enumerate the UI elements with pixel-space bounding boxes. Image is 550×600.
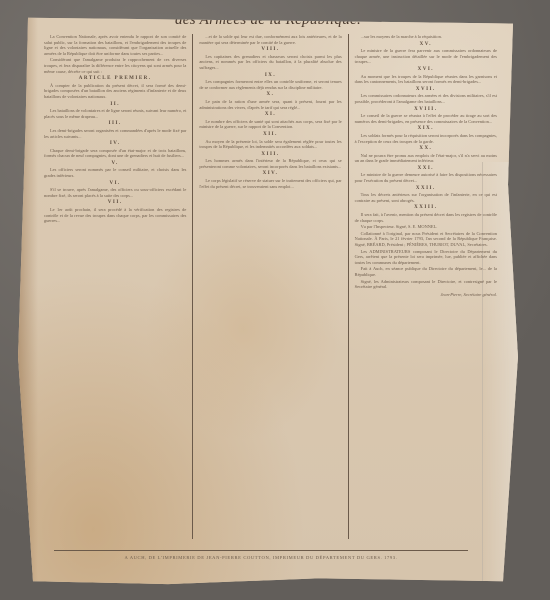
article-text: Nul ne pourra être promu aux emplois de … bbox=[355, 153, 497, 164]
article-heading: III. bbox=[44, 121, 186, 127]
article-heading: VIII. bbox=[199, 47, 341, 53]
article-text: Le nombre des officiers de santé qui son… bbox=[199, 119, 341, 130]
article-text: Les officiers seront nommés par le conse… bbox=[44, 167, 186, 178]
paper-stain-left bbox=[18, 12, 38, 587]
article-heading: XI. bbox=[199, 112, 341, 118]
article-text: Au moyen de la présente loi, la solde se… bbox=[199, 139, 341, 150]
column-left: La Convention Nationale, après avoir ent… bbox=[38, 34, 192, 539]
article-text: Tous les décrets antérieurs sur l'organi… bbox=[355, 192, 497, 203]
article-text: Les capitaines des grenadiers et chasseu… bbox=[199, 54, 341, 71]
article-heading: XXIII. bbox=[355, 205, 497, 211]
article-text: Considérant que l'amalgame produira le r… bbox=[44, 57, 186, 74]
article-text: Signé, les Administrateurs composant le … bbox=[355, 279, 497, 290]
article-heading: XV. bbox=[355, 42, 497, 48]
article-text: Les ADMINISTRATEURS composant le Directo… bbox=[355, 249, 497, 266]
article-text: Les hommes armés dans l'intérieur de la … bbox=[199, 158, 341, 169]
article-text: Le ministre de la guerre demeure autoris… bbox=[355, 172, 497, 183]
article-text: S'il se trouve, après l'amalgame, des of… bbox=[44, 187, 186, 198]
article-heading: II. bbox=[44, 102, 186, 108]
article-text: Vu par l'Inspecteur. Signé, S. E. MONNEL… bbox=[355, 224, 497, 230]
article-heading: XVIII. bbox=[355, 107, 497, 113]
article-heading: XIX. bbox=[355, 126, 497, 132]
article-heading: XXII. bbox=[355, 186, 497, 192]
article-heading: XVI. bbox=[355, 67, 497, 73]
article-text: Les bataillons de volontaires et de lign… bbox=[44, 108, 186, 119]
article-heading: XII. bbox=[199, 132, 341, 138]
article-text: Les demi-brigades seront organisées et c… bbox=[44, 128, 186, 139]
article-heading: XIV. bbox=[199, 171, 341, 177]
footer-divider bbox=[54, 550, 468, 551]
article-heading: X. bbox=[199, 92, 341, 98]
signature: Jean-Pierre, Secrétaire général. bbox=[355, 292, 497, 298]
document-page: des Armées de la République. La Conventi… bbox=[18, 12, 518, 587]
text-columns: La Convention Nationale, après avoir ent… bbox=[38, 34, 503, 539]
article-text: ...sur les moyens de la marche à la réqu… bbox=[355, 34, 497, 40]
article-heading: VI. bbox=[44, 181, 186, 187]
article-heading: VII. bbox=[44, 200, 186, 206]
article-heading: XVII. bbox=[355, 87, 497, 93]
article-text: Le corps législatif se réserve de statue… bbox=[199, 178, 341, 189]
article-heading: XX. bbox=[355, 146, 497, 152]
article-text: ...et de la solde qui leur est due, conf… bbox=[199, 34, 341, 45]
article-heading: IV. bbox=[44, 141, 186, 147]
article-heading: V. bbox=[44, 161, 186, 167]
article-text: Le 1er août prochain, il sera procédé à … bbox=[44, 207, 186, 224]
article-text: Au moment que les troupes de la Républiq… bbox=[355, 74, 497, 85]
article-text: Les commissaires ordonnateurs des armées… bbox=[355, 93, 497, 104]
article-heading: XIII. bbox=[199, 152, 341, 158]
article-text: À compter de la publication du présent d… bbox=[44, 83, 186, 100]
article-text: Il sera fait, à l'avenir, mention du pré… bbox=[355, 212, 497, 223]
article-text: Le pain de la ration d'une armée sera, q… bbox=[199, 99, 341, 110]
article-heading: ARTICLE PREMIER. bbox=[44, 76, 186, 82]
column-right: ...sur les moyens de la marche à la réqu… bbox=[348, 34, 503, 539]
article-text: La Convention Nationale, après avoir ent… bbox=[44, 34, 186, 56]
article-text: Fait à Auch, en séance publique du Direc… bbox=[355, 266, 497, 277]
article-text: Collationné à l'original, par nous Prési… bbox=[355, 231, 497, 248]
masthead-title: des Armées de la République. bbox=[18, 12, 518, 29]
article-text: Le ministre de la guerre fera parvenir a… bbox=[355, 48, 497, 65]
article-heading: XXI. bbox=[355, 166, 497, 172]
article-text: Chaque demi-brigade sera composée d'un é… bbox=[44, 148, 186, 159]
article-text: Le conseil de la guerre se réunira à l'e… bbox=[355, 113, 497, 124]
column-middle: ...et de la solde qui leur est due, conf… bbox=[192, 34, 347, 539]
printer-imprint: A AUCH, de l'Imprimerie de Jean-Pierre C… bbox=[54, 555, 468, 560]
article-text: Les soldats formés pour la réquisition s… bbox=[355, 133, 497, 144]
article-heading: IX. bbox=[199, 73, 341, 79]
article-text: Les compagnies formeront entre elles un … bbox=[199, 79, 341, 90]
